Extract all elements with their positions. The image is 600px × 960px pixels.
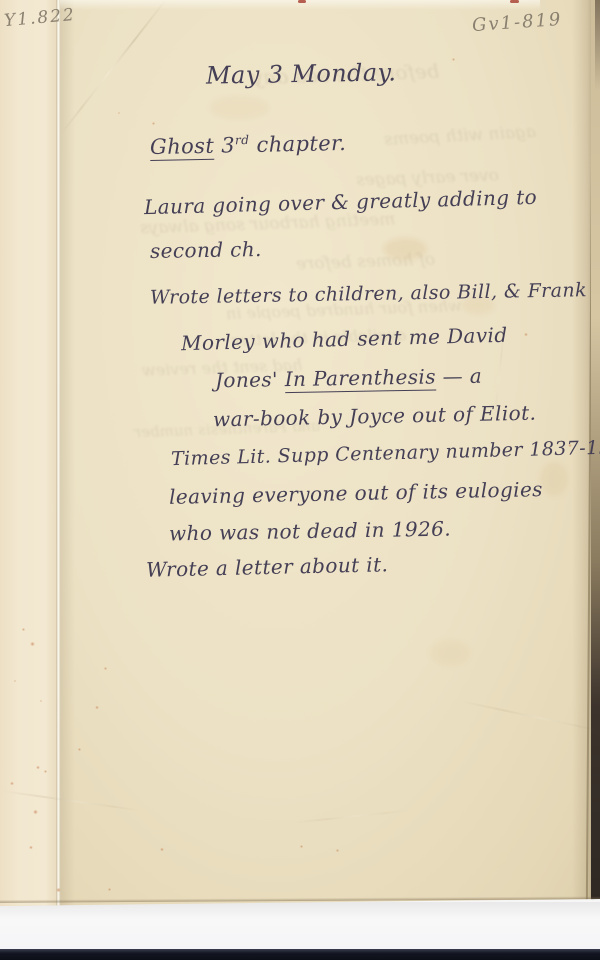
manuscript-line: Times Lit. Supp Centenary number 1837-19… — [171, 436, 600, 470]
paper-stain — [540, 462, 568, 496]
manuscript-line: war-book by Joyce out of Eliot. — [213, 401, 537, 432]
underlined-text: Ghost — [150, 134, 215, 161]
paper-stain — [430, 640, 470, 666]
foxing-spot — [336, 849, 339, 852]
manuscript-line: leaving everyone out of its eulogies — [169, 477, 543, 509]
foxing-spot — [152, 122, 155, 125]
text-segment: Laura going over & greatly adding to — [144, 185, 538, 219]
text-segment: Wrote a letter about it. — [146, 552, 389, 581]
diary-date-heading: May 3 Monday. — [206, 58, 397, 89]
foxing-spot — [44, 770, 47, 773]
text-segment: who was not dead in 1926. — [169, 517, 451, 546]
text-segment: Morley who had sent me David — [181, 323, 508, 356]
manuscript-line: Wrote letters to children, also Bill, & … — [150, 279, 587, 309]
show-through-text: again with poems — [384, 122, 537, 150]
manuscript-paper: before the sea dayagain with poemsover e… — [0, 0, 600, 907]
manuscript-line: second ch. — [150, 237, 262, 263]
scan-bottom-bar — [0, 949, 600, 960]
text-segment: Jones' — [215, 367, 285, 392]
foxing-spot — [104, 667, 107, 670]
text-segment: Times Lit. Supp Centenary number 1837-19… — [171, 436, 600, 470]
manuscript-line: Jones' In Parenthesis — a — [215, 364, 483, 393]
foxing-spot — [118, 112, 120, 114]
manuscript-line: Laura going over & greatly adding to — [144, 185, 538, 219]
foxing-spot — [160, 848, 164, 851]
text-segment: leaving everyone out of its eulogies — [169, 477, 543, 509]
folded-page-edge — [0, 0, 58, 907]
paper-crease — [290, 809, 410, 824]
red-speck — [510, 0, 519, 3]
text-segment: second ch. — [150, 237, 262, 263]
underlined-text: In Parenthesis — [285, 364, 437, 393]
text-segment: 3 — [214, 133, 235, 157]
foxing-spot — [452, 58, 455, 61]
text-segment: chapter. — [249, 131, 346, 157]
manuscript-line: who was not dead in 1926. — [169, 517, 451, 546]
text-segment: — a — [436, 364, 483, 389]
text-segment: rd — [235, 133, 250, 147]
scanned-page: before the sea dayagain with poemsover e… — [0, 0, 600, 960]
page-corner-shadow — [595, 0, 600, 90]
gutter-fold-shadow — [61, 0, 75, 907]
paper-stain — [383, 238, 427, 260]
foxing-spot — [78, 748, 81, 751]
manuscript-line: Morley who had sent me David — [181, 323, 508, 356]
foxing-spot — [40, 700, 42, 702]
red-speck — [298, 0, 306, 3]
paper-stain — [210, 96, 270, 120]
foxing-spot — [22, 628, 25, 631]
foxing-spot — [95, 706, 99, 709]
foxing-spot — [524, 333, 528, 336]
catalog-mark-right: Gv1-819 — [471, 9, 563, 36]
foxing-spot — [14, 680, 16, 682]
foxing-spot — [300, 845, 303, 848]
text-segment: war-book by Joyce out of Eliot. — [213, 401, 537, 432]
manuscript-line: Wrote a letter about it. — [146, 552, 389, 581]
manuscript-line: Ghost 3rd chapter. — [150, 131, 347, 159]
text-segment: Wrote letters to children, also Bill, & … — [150, 279, 587, 309]
foxing-spot — [108, 888, 111, 891]
